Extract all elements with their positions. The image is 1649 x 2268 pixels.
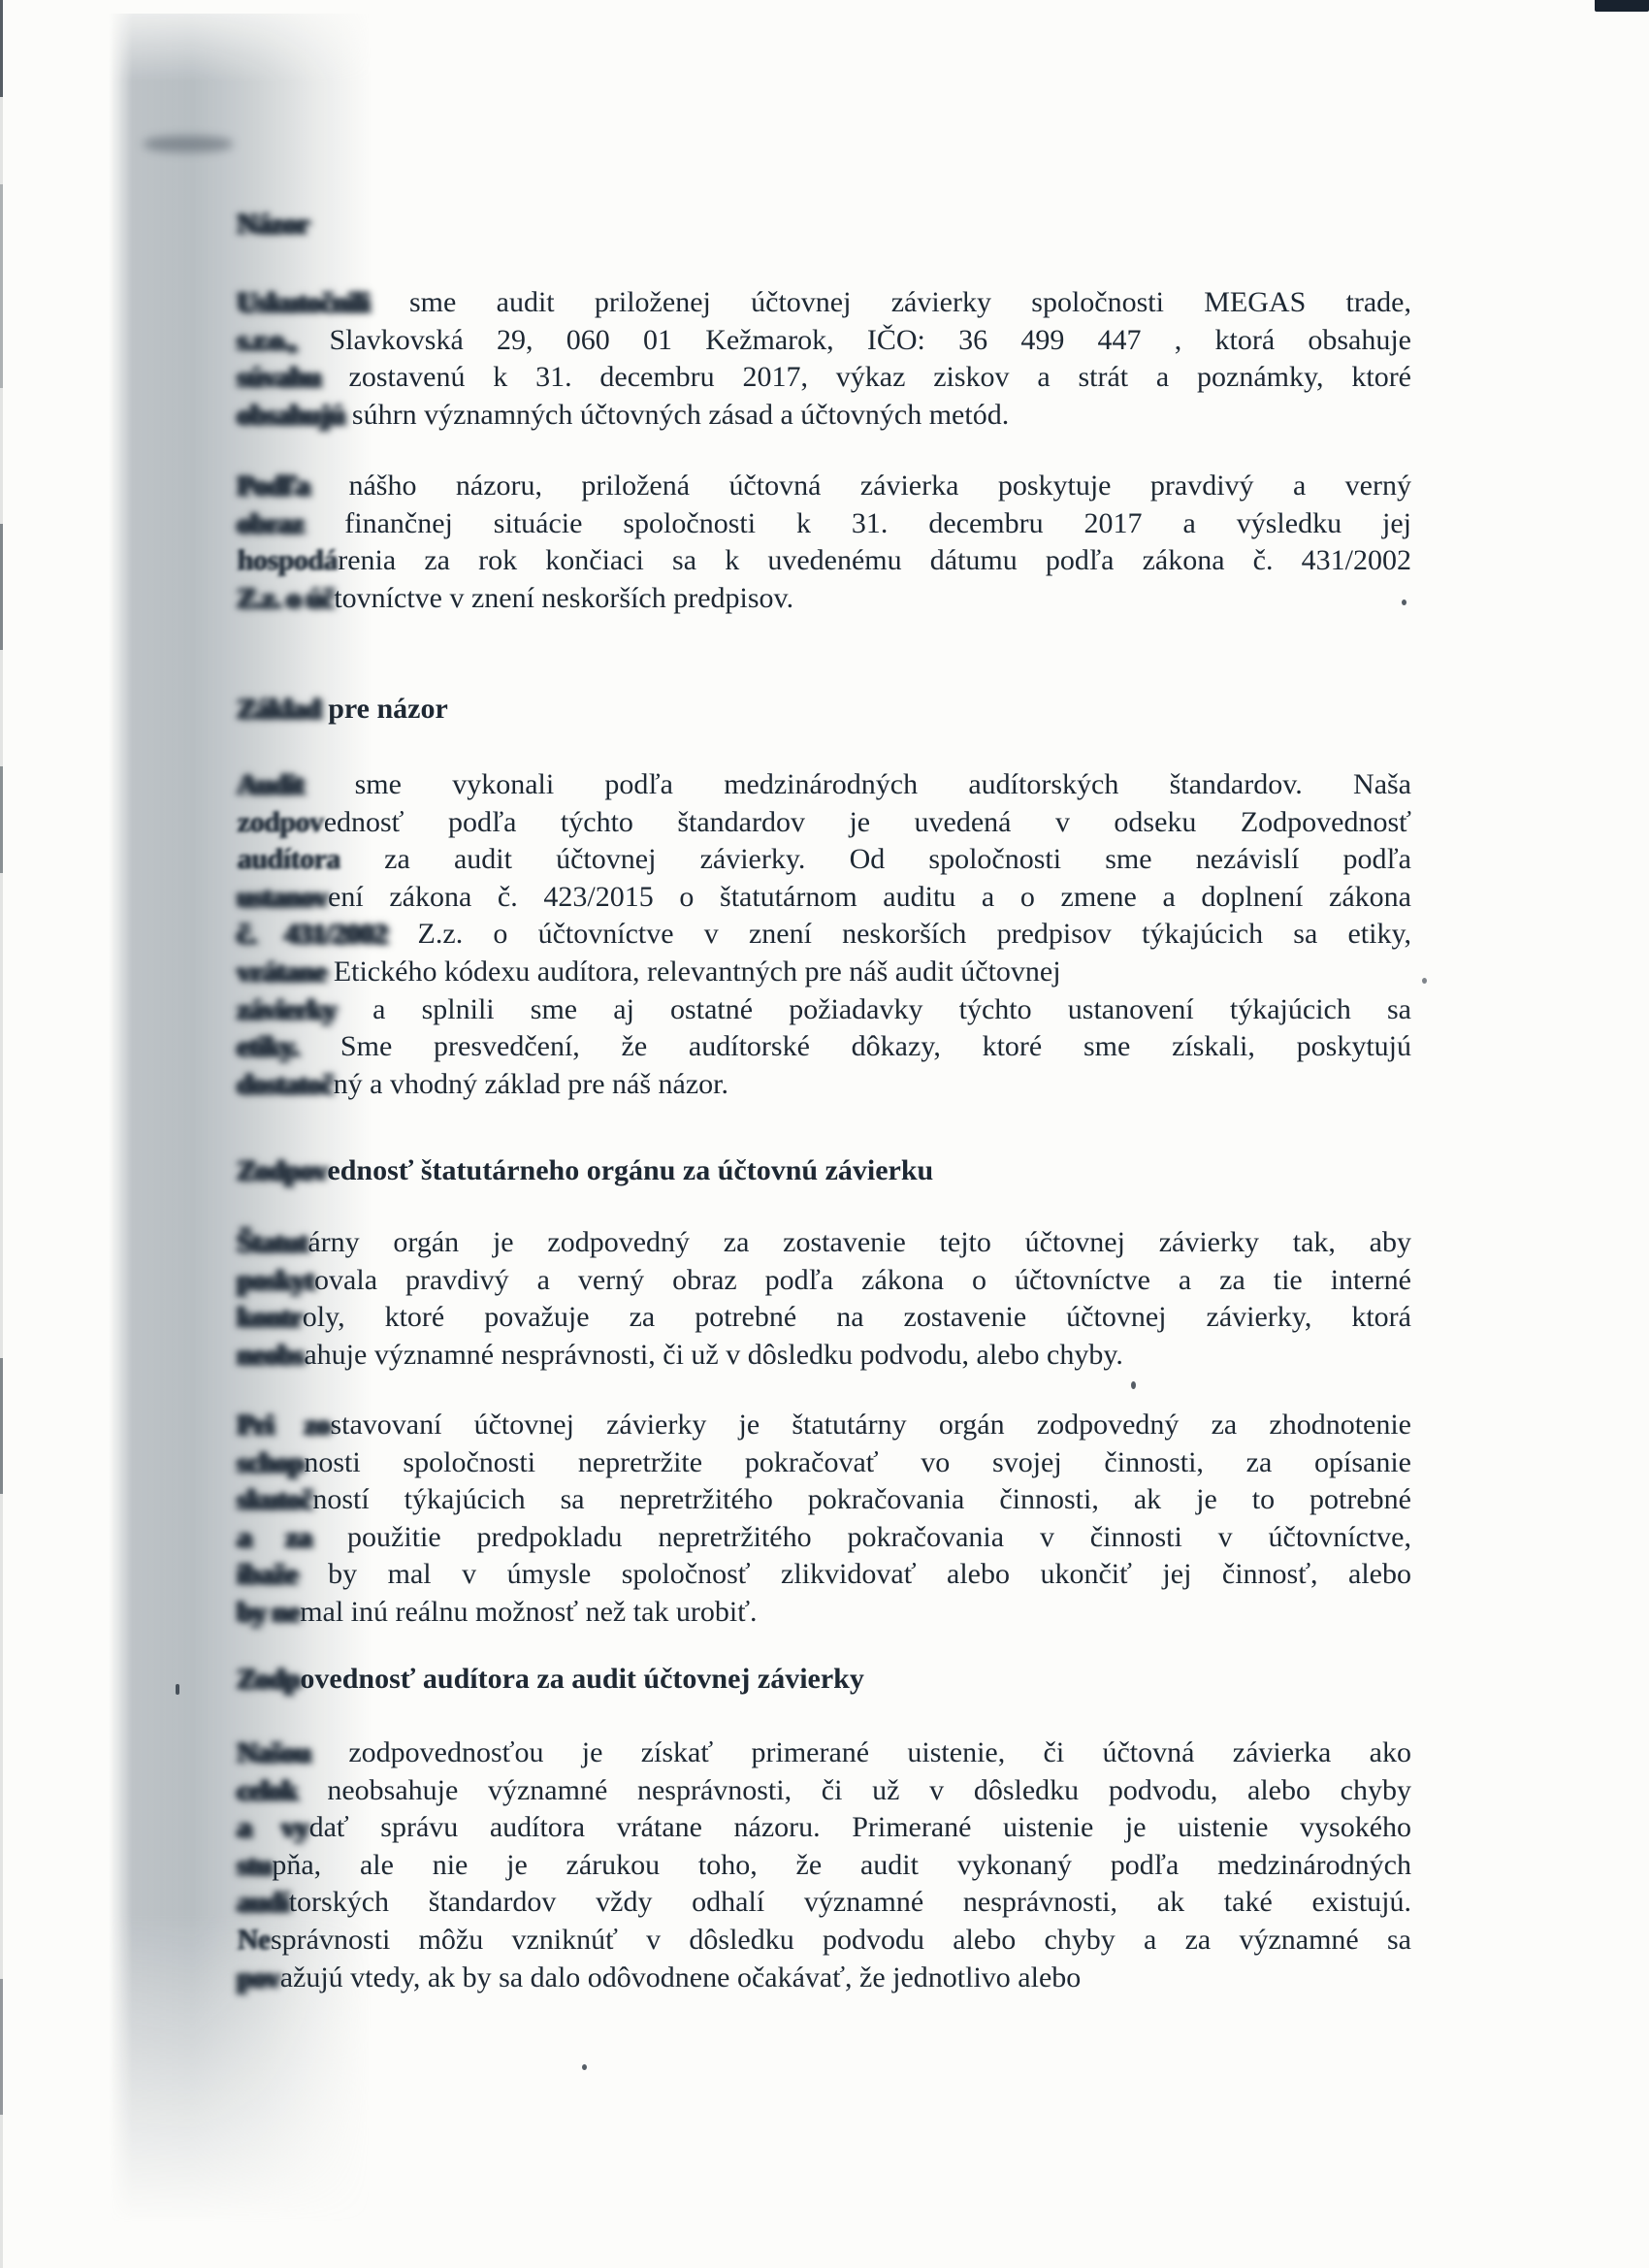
text-line: s.r.o., Slavkovská 29, 060 01 Kežmarok, … xyxy=(238,322,1411,360)
smudged-word: č. 431/2002 xyxy=(238,918,387,950)
smudged-word: pov xyxy=(238,1961,280,1993)
paragraph-auditor-resp: Našou zodpovednosťou je získať primerané… xyxy=(238,1734,1411,1996)
smudged-word: Audit xyxy=(238,768,304,800)
text-line: Audit sme vykonali podľa medzinárodných … xyxy=(238,766,1411,804)
text-line: Nesprávnosti môžu vzniknúť v dôsledku po… xyxy=(238,1922,1411,1960)
text-line: č. 431/2002 Z.z. o účtovníctve v znení n… xyxy=(238,916,1411,954)
section-heading-nazor: Názor xyxy=(238,206,1411,243)
smudged-word: Pri zo xyxy=(238,1409,330,1441)
text-line: kontroly, ktoré považuje za potrebné na … xyxy=(238,1299,1411,1337)
scan-edge-line xyxy=(0,0,3,97)
paragraph-management-resp-1: Štatutárny orgán je zodpovedný za zostav… xyxy=(238,1224,1411,1374)
text-line: Uskutočnili sme audit priloženej účtovne… xyxy=(238,284,1411,322)
smudged-word: kontr xyxy=(238,1301,303,1333)
scan-edge-line xyxy=(0,524,3,650)
smudged-word: Našou xyxy=(238,1736,310,1768)
smudged-word: by ne xyxy=(238,1596,300,1628)
smudged-word: skutoč xyxy=(238,1483,312,1515)
text-line: ibaže by mal v úmysle spoločnosť zlikvid… xyxy=(238,1556,1411,1594)
scan-edge-line xyxy=(0,766,3,873)
text-line: Našou zodpovednosťou je získať primerané… xyxy=(238,1734,1411,1772)
smudged-word: Zodpov xyxy=(238,1154,327,1186)
scan-smudge-artifact xyxy=(144,136,233,152)
smudged-word: poskyt xyxy=(238,1264,314,1296)
section-heading-statutarny-organ: Zodpovednosť štatutárneho orgánu za účto… xyxy=(238,1152,1411,1189)
smudged-word: audítora xyxy=(238,843,340,875)
text-line: obraz finančnej situácie spoločnosti k 3… xyxy=(238,505,1411,543)
scan-edge-line xyxy=(0,184,3,388)
scan-corner-bar-artifact xyxy=(1595,0,1649,12)
paragraph-basis: Audit sme vykonali podľa medzinárodných … xyxy=(238,766,1411,1103)
text-line: Podľa nášho názoru, priložená účtovná zá… xyxy=(238,468,1411,505)
scan-dot-artifact xyxy=(1131,1381,1136,1389)
text-line: a vydať správu audítora vrátane názoru. … xyxy=(238,1809,1411,1847)
text-line: stupňa, ale nie je zárukou toho, že audi… xyxy=(238,1847,1411,1885)
smudged-word: audí xyxy=(238,1886,289,1918)
text-line: celok neobsahuje významné nesprávnosti, … xyxy=(238,1772,1411,1810)
smudged-word: súvahu xyxy=(238,361,321,393)
smudged-word: Názor xyxy=(238,208,308,240)
text-line: hospodárenia za rok končiaci sa k uveden… xyxy=(238,542,1411,580)
scan-dot-artifact xyxy=(1422,978,1427,984)
scan-dot-artifact xyxy=(582,2064,587,2070)
scan-dot-artifact xyxy=(176,1684,179,1695)
text-line: a za použitie predpokladu nepretržitého … xyxy=(238,1519,1411,1557)
text-line: závierky a splnili sme aj ostatné požiad… xyxy=(238,991,1411,1029)
text-line: audítorských štandardov vždy odhalí význ… xyxy=(238,1884,1411,1922)
smudged-word: a vy xyxy=(238,1811,309,1843)
smudged-word: závierky xyxy=(238,993,337,1025)
paragraph-intro: Uskutočnili sme audit priloženej účtovne… xyxy=(238,284,1411,434)
smudged-word: celok xyxy=(238,1774,298,1806)
smudged-word: etiky. xyxy=(238,1030,299,1062)
paragraph-opinion: Podľa nášho názoru, priložená účtovná zá… xyxy=(238,468,1411,617)
text-line: Pri zostavovaní účtovnej závierky je šta… xyxy=(238,1407,1411,1444)
section-heading-auditor: Zodpovednosť audítora za audit účtovnej … xyxy=(238,1661,1411,1698)
text-line: vrátane Etického kódexu audítora, releva… xyxy=(238,954,1411,991)
smudged-word: stu xyxy=(238,1849,272,1881)
smudged-word: schop xyxy=(238,1446,304,1478)
section-heading-zaklad: Základ pre názor xyxy=(238,691,1411,728)
text-line: ustanovení zákona č. 423/2015 o štatutár… xyxy=(238,879,1411,917)
text-line: Z.z. o účtovníctve v znení neskorších pr… xyxy=(238,580,1411,618)
smudged-word: zodpov xyxy=(238,806,324,838)
smudged-word: obsahujú xyxy=(238,399,344,431)
smudged-word: a za xyxy=(238,1521,311,1553)
text-line: audítora za audit účtovnej závierky. Od … xyxy=(238,841,1411,879)
text-line: Štatutárny orgán je zodpovedný za zostav… xyxy=(238,1224,1411,1262)
scan-edge-line xyxy=(0,1358,3,1494)
text-line: skutočností týkajúcich sa nepretržitého … xyxy=(238,1481,1411,1519)
scan-edge-line xyxy=(0,1979,3,2115)
smudged-word: dostatoč xyxy=(238,1068,334,1100)
text-line: neobsahuje významné nesprávnosti, či už … xyxy=(238,1337,1411,1375)
smudged-word: s.r.o., xyxy=(238,324,296,356)
smudged-word: Uskutočnili xyxy=(238,286,370,318)
text-line: etiky. Sme presvedčení, že audítorské dô… xyxy=(238,1028,1411,1066)
paragraph-management-resp-2: Pri zostavovaní účtovnej závierky je šta… xyxy=(238,1407,1411,1632)
text-line: by nemal inú reálnu možnosť než tak urob… xyxy=(238,1594,1411,1632)
smudged-word: Štatut xyxy=(238,1226,307,1258)
text-line: dostatočný a vhodný základ pre náš názor… xyxy=(238,1066,1411,1104)
scanned-audit-report-page: Názor Uskutočnili sme audit priloženej ú… xyxy=(0,0,1649,2268)
text-line: poskytovala pravdivý a verný obraz podľa… xyxy=(238,1262,1411,1300)
smudged-word: ustanov xyxy=(238,881,328,913)
smudged-word: ibaže xyxy=(238,1558,298,1590)
smudged-word: hospodá xyxy=(238,544,338,576)
smudged-word: obraz xyxy=(238,507,304,539)
smudged-word: vrátane xyxy=(238,956,326,988)
text-line: schopnosti spoločnosti nepretržite pokra… xyxy=(238,1444,1411,1482)
smudged-word: Podľa xyxy=(238,470,309,502)
text-line: obsahujú súhrn významných účtovných zása… xyxy=(238,397,1411,435)
smudged-word: neobs xyxy=(238,1339,304,1371)
text-line: považujú vtedy, ak by sa dalo odôvodnene… xyxy=(238,1960,1411,1997)
smudged-word: Ne xyxy=(238,1924,271,1956)
smudged-word: Z.z. o úč xyxy=(238,582,334,614)
smudged-word: Základ xyxy=(238,693,321,725)
text-line: súvahu zostavenú k 31. decembru 2017, vý… xyxy=(238,359,1411,397)
smudged-word: Zodp xyxy=(238,1663,300,1695)
text-line: zodpovednosť podľa týchto štandardov je … xyxy=(238,804,1411,842)
